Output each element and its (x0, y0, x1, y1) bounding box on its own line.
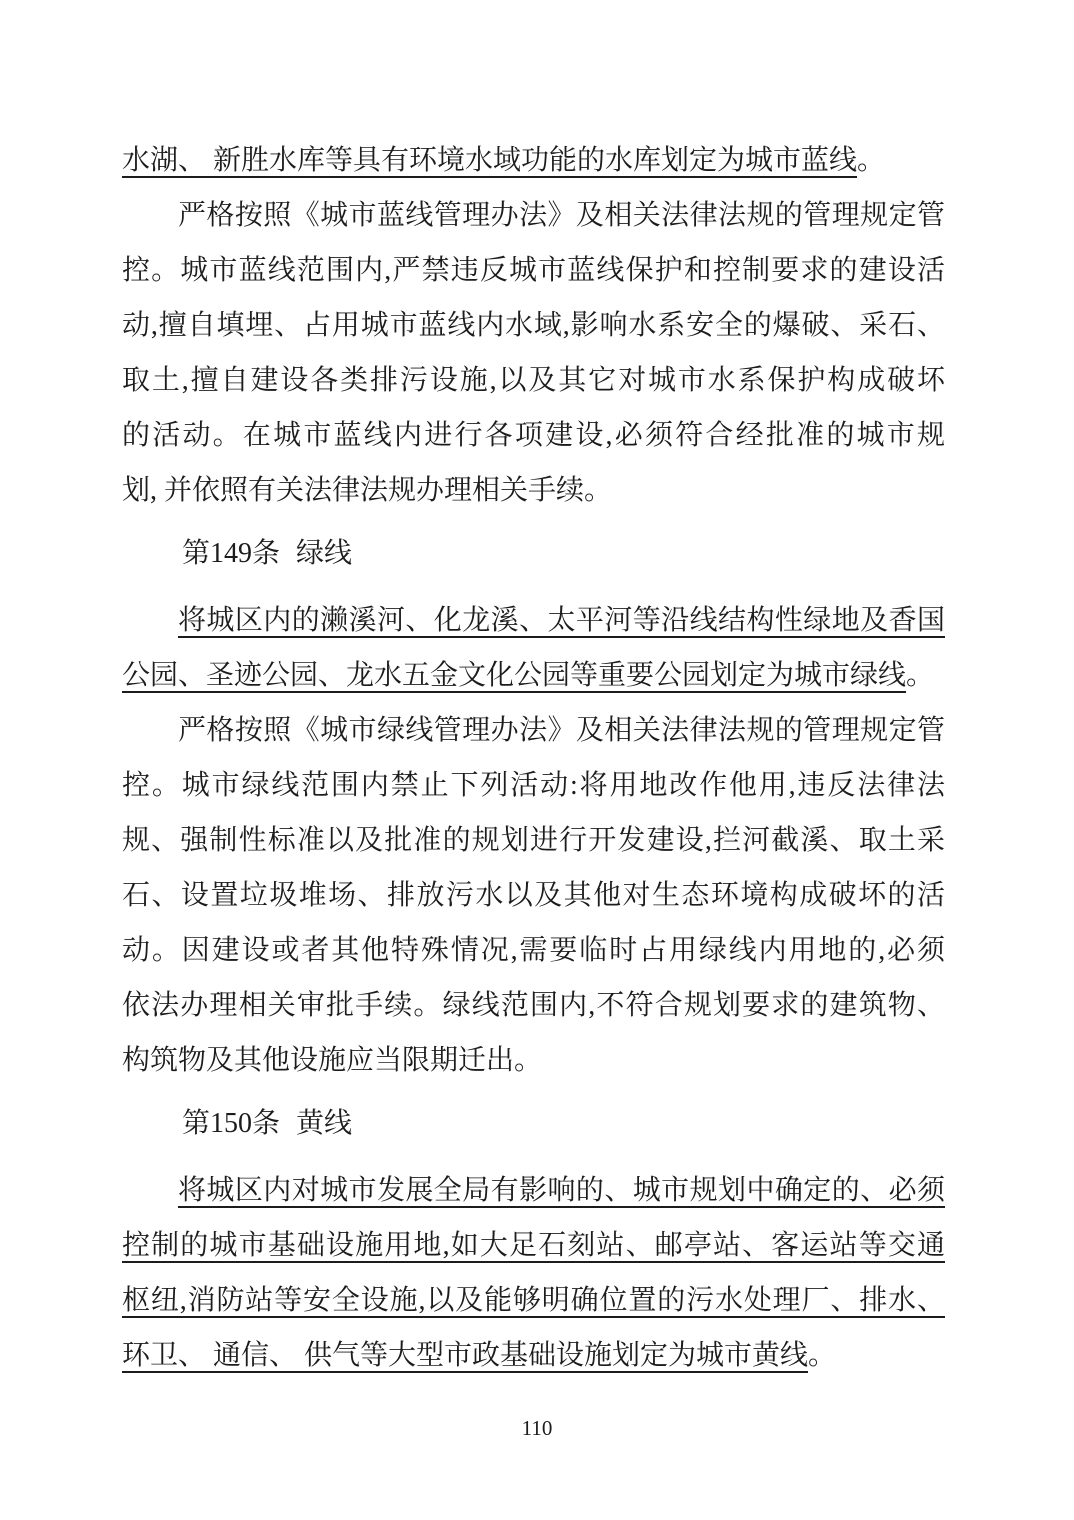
yellowline-underlined-text-3: 枢纽,消防站等安全设施,以及能够明确位置的污水处理厂、排水、 (122, 1285, 945, 1316)
article-150-number: 第150条 (182, 1108, 280, 1139)
blueline-tail-period: 。 (857, 145, 885, 176)
greenline-scope-line-1: 将城区内的濑溪河、化龙溪、太平河等沿线结构性绿地及香国 (122, 593, 945, 648)
article-149-number: 第149条 (182, 538, 280, 569)
yellowline-scope-line-4: 环卫、 通信、 供气等大型市政基础设施划定为城市黄线。 (122, 1328, 945, 1383)
yellowline-scope-line-1: 将城区内对城市发展全局有影响的、城市规划中确定的、必须 (122, 1163, 945, 1218)
greenline-mgmt-line-5: 动。因建设或者其他特殊情况,需要临时占用绿线内用地的,必须 (122, 923, 945, 978)
greenline-mgmt-line-6: 依法办理相关审批手续。绿线范围内,不符合规划要求的建筑物、 (122, 978, 945, 1033)
blueline-mgmt-line-1: 严格按照《城市蓝线管理办法》及相关法律法规的管理规定管 (122, 188, 945, 243)
blueline-mgmt-line-2: 控。城市蓝线范围内,严禁违反城市蓝线保护和控制要求的建设活 (122, 243, 945, 298)
greenline-mgmt-line-1: 严格按照《城市绿线管理办法》及相关法律法规的管理规定管 (122, 703, 945, 758)
blueline-scope-tail-line: 水湖、 新胜水库等具有环境水域功能的水库划定为城市蓝线。 (122, 133, 945, 188)
greenline-mgmt-line-4: 石、设置垃圾堆场、排放污水以及其他对生态环境构成破坏的活 (122, 868, 945, 923)
greenline-tail-period: 。 (906, 660, 934, 691)
blueline-mgmt-line-3: 动,擅自填埋、占用城市蓝线内水域,影响水系安全的爆破、采石、 (122, 298, 945, 353)
blueline-mgmt-line-5: 的活动。在城市蓝线内进行各项建设,必须符合经批准的城市规 (122, 408, 945, 463)
article-150-heading: 第150条黄线 (122, 1096, 945, 1151)
greenline-mgmt-line-2: 控。城市绿线范围内禁止下列活动:将用地改作他用,违反法律法 (122, 758, 945, 813)
yellowline-scope-line-2: 控制的城市基础设施用地,如大足石刻站、邮亭站、客运站等交通 (122, 1218, 945, 1273)
yellowline-underlined-text-2: 控制的城市基础设施用地,如大足石刻站、邮亭站、客运站等交通 (122, 1230, 945, 1261)
text-block: 水湖、 新胜水库等具有环境水域功能的水库划定为城市蓝线。 严格按照《城市蓝线管理… (122, 133, 945, 1383)
greenline-mgmt-line-7: 构筑物及其他设施应当限期迁出。 (122, 1033, 945, 1088)
yellowline-underlined-text-1: 将城区内对城市发展全局有影响的、城市规划中确定的、必须 (178, 1175, 945, 1206)
article-149-heading: 第149条绿线 (122, 526, 945, 581)
document-page: 水湖、 新胜水库等具有环境水域功能的水库划定为城市蓝线。 严格按照《城市蓝线管理… (0, 0, 1074, 1520)
page-number: 110 (0, 1408, 1074, 1448)
article-149-title: 绿线 (296, 538, 352, 569)
greenline-scope-line-2: 公园、圣迹公园、龙水五金文化公园等重要公园划定为城市绿线。 (122, 648, 945, 703)
greenline-mgmt-line-3: 规、强制性标准以及批准的规划进行开发建设,拦河截溪、取土采 (122, 813, 945, 868)
greenline-underlined-text-2: 公园、圣迹公园、龙水五金文化公园等重要公园划定为城市绿线 (122, 660, 906, 691)
yellowline-scope-line-3: 枢纽,消防站等安全设施,以及能够明确位置的污水处理厂、排水、 (122, 1273, 945, 1328)
yellowline-underlined-text-4: 环卫、 通信、 供气等大型市政基础设施划定为城市黄线 (122, 1340, 808, 1371)
article-150-title: 黄线 (296, 1108, 352, 1139)
blueline-underlined-text: 水湖、 新胜水库等具有环境水域功能的水库划定为城市蓝线 (122, 145, 857, 176)
yellowline-tail-period: 。 (808, 1340, 836, 1371)
blueline-mgmt-line-6: 划, 并依照有关法律法规办理相关手续。 (122, 463, 945, 518)
greenline-underlined-text-1: 将城区内的濑溪河、化龙溪、太平河等沿线结构性绿地及香国 (178, 605, 945, 636)
blueline-mgmt-line-4: 取土,擅自建设各类排污设施,以及其它对城市水系保护构成破坏 (122, 353, 945, 408)
